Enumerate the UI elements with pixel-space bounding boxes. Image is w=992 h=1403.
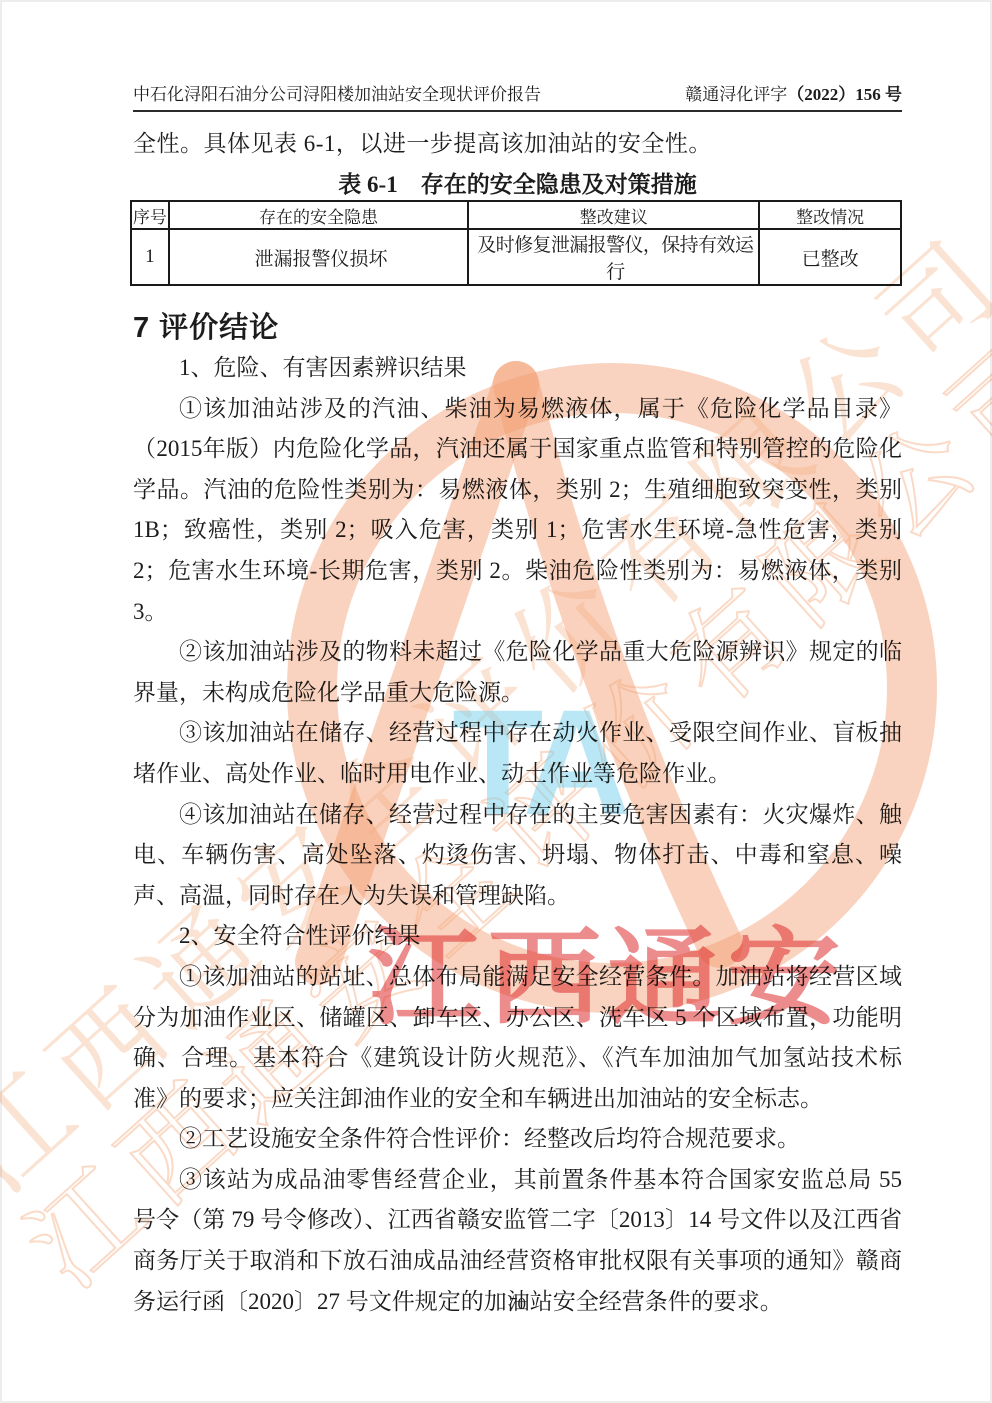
cell-status: 已整改 (759, 229, 901, 285)
section-heading: 7 评价结论 (133, 305, 279, 346)
table-row: 1 泄漏报警仪损坏 及时修复泄漏报警仪，保持有效运行 已整改 (131, 229, 901, 285)
col-header-hazard: 存在的安全隐患 (169, 201, 469, 229)
document-number: 赣通浔化评字（2022）156 号 (685, 84, 902, 106)
cell-hazard: 泄漏报警仪损坏 (169, 229, 469, 285)
col-header-index: 序号 (131, 201, 169, 229)
document-page: { "header": { "left": "中石化浔阳石油分公司浔阳楼加油站安… (0, 0, 992, 1403)
intro-paragraph: 全性。具体见表 6-1，以进一步提高该加油站的安全性。 (133, 128, 902, 160)
col-header-status: 整改情况 (759, 201, 901, 229)
page-header: 中石化浔阳石油分公司浔阳楼加油站安全现状评价报告 赣通浔化评字（2022）156… (133, 84, 902, 112)
section-body: 1、危险、有害因素辨识结果 ①该加油站涉及的汽油、柴油为易燃液体，属于《危险化学… (133, 348, 902, 1322)
report-title: 中石化浔阳石油分公司浔阳楼加油站安全现状评价报告 (133, 84, 541, 106)
page-number: 70 (133, 1294, 902, 1314)
cell-suggestion: 及时修复泄漏报警仪，保持有效运行 (468, 229, 759, 285)
body-paragraph: ②该加油站涉及的物料未超过《危险化学品重大危险源辨识》规定的临界量，未构成危险化… (133, 632, 902, 713)
body-paragraph: ①该加油站涉及的汽油、柴油为易燃液体，属于《危险化学品目录》（2015年版）内危… (133, 389, 902, 633)
body-paragraph: ④该加油站在储存、经营过程中存在的主要危害因素有：火灾爆炸、触电、车辆伤害、高处… (133, 795, 902, 917)
body-paragraph: ③该加油站在储存、经营过程中存在动火作业、受限空间作业、盲板抽堵作业、高处作业、… (133, 713, 902, 794)
body-paragraph: 1、危险、有害因素辨识结果 (133, 348, 902, 389)
table-header-row: 序号 存在的安全隐患 整改建议 整改情况 (131, 201, 901, 229)
body-paragraph: 2、安全符合性评价结果 (133, 916, 902, 957)
cell-index: 1 (131, 229, 169, 285)
hazards-table: 序号 存在的安全隐患 整改建议 整改情况 1 泄漏报警仪损坏 及时修复泄漏报警仪… (130, 200, 902, 286)
body-paragraph: ②工艺设施安全条件符合性评价：经整改后均符合规范要求。 (133, 1119, 902, 1160)
body-paragraph: ①该加油站的站址、总体布局能满足安全经营条件。加油站将经营区域分为加油作业区、储… (133, 957, 902, 1119)
col-header-suggestion: 整改建议 (468, 201, 759, 229)
table-caption: 表 6-1 存在的安全隐患及对策措施 (133, 166, 902, 199)
